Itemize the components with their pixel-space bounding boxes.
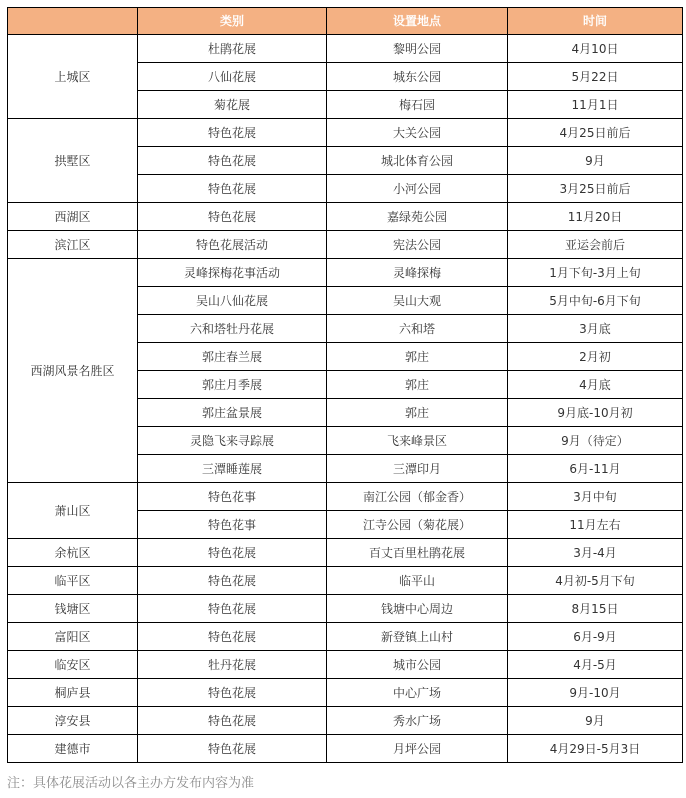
time-cell: 4月10日 xyxy=(508,35,683,63)
category-cell: 六和塔牡丹花展 xyxy=(138,315,327,343)
table-row: 淳安县特色花展秀水广场9月 xyxy=(8,707,683,735)
location-cell: 城东公园 xyxy=(327,63,508,91)
time-cell: 5月22日 xyxy=(508,63,683,91)
table-row: 桐庐县特色花展中心广场9月-10月 xyxy=(8,679,683,707)
district-cell: 滨江区 xyxy=(8,231,138,259)
location-cell: 灵峰探梅 xyxy=(327,259,508,287)
time-cell: 9月（待定） xyxy=(508,427,683,455)
time-cell: 6月-9月 xyxy=(508,623,683,651)
table-row: 建德市特色花展月坪公园4月29日-5月3日 xyxy=(8,735,683,763)
time-cell: 1月下旬-3月上旬 xyxy=(508,259,683,287)
category-cell: 特色花展 xyxy=(138,203,327,231)
time-cell: 9月底-10月初 xyxy=(508,399,683,427)
district-cell: 西湖风景名胜区 xyxy=(8,259,138,483)
location-cell: 秀水广场 xyxy=(327,707,508,735)
location-cell: 嘉绿苑公园 xyxy=(327,203,508,231)
location-cell: 新登镇上山村 xyxy=(327,623,508,651)
location-cell: 三潭印月 xyxy=(327,455,508,483)
district-cell: 淳安县 xyxy=(8,707,138,735)
category-cell: 特色花展 xyxy=(138,595,327,623)
district-cell: 余杭区 xyxy=(8,539,138,567)
table-row: 上城区杜鹃花展黎明公园4月10日 xyxy=(8,35,683,63)
category-cell: 郭庄月季展 xyxy=(138,371,327,399)
time-cell: 11月1日 xyxy=(508,91,683,119)
location-cell: 飞来峰景区 xyxy=(327,427,508,455)
category-cell: 八仙花展 xyxy=(138,63,327,91)
category-cell: 特色花展 xyxy=(138,735,327,763)
table-body: 上城区杜鹃花展黎明公园4月10日八仙花展城东公园5月22日菊花展梅石园11月1日… xyxy=(8,35,683,763)
category-cell: 特色花展 xyxy=(138,567,327,595)
location-cell: 中心广场 xyxy=(327,679,508,707)
table-row: 拱墅区特色花展大关公园4月25日前后 xyxy=(8,119,683,147)
location-cell: 城北体育公园 xyxy=(327,147,508,175)
category-cell: 菊花展 xyxy=(138,91,327,119)
time-cell: 6月-11月 xyxy=(508,455,683,483)
category-cell: 郭庄春兰展 xyxy=(138,343,327,371)
category-cell: 特色花展 xyxy=(138,175,327,203)
header-location: 设置地点 xyxy=(327,8,508,35)
table-row: 西湖风景名胜区灵峰探梅花事活动灵峰探梅1月下旬-3月上旬 xyxy=(8,259,683,287)
category-cell: 灵峰探梅花事活动 xyxy=(138,259,327,287)
time-cell: 5月中旬-6月下旬 xyxy=(508,287,683,315)
table-row: 西湖区特色花展嘉绿苑公园11月20日 xyxy=(8,203,683,231)
time-cell: 11月20日 xyxy=(508,203,683,231)
time-cell: 3月-4月 xyxy=(508,539,683,567)
location-cell: 城市公园 xyxy=(327,651,508,679)
time-cell: 4月29日-5月3日 xyxy=(508,735,683,763)
category-cell: 特色花展活动 xyxy=(138,231,327,259)
time-cell: 4月初-5月下旬 xyxy=(508,567,683,595)
location-cell: 宪法公园 xyxy=(327,231,508,259)
table-row: 临安区牡丹花展城市公园4月-5月 xyxy=(8,651,683,679)
location-cell: 郭庄 xyxy=(327,343,508,371)
category-cell: 特色花展 xyxy=(138,679,327,707)
location-cell: 月坪公园 xyxy=(327,735,508,763)
location-cell: 小河公园 xyxy=(327,175,508,203)
category-cell: 特色花展 xyxy=(138,539,327,567)
flower-show-schedule-table: 类别 设置地点 时间 上城区杜鹃花展黎明公园4月10日八仙花展城东公园5月22日… xyxy=(7,7,683,763)
district-cell: 临安区 xyxy=(8,651,138,679)
header-category: 类别 xyxy=(138,8,327,35)
location-cell: 郭庄 xyxy=(327,371,508,399)
time-cell: 9月 xyxy=(508,707,683,735)
district-cell: 萧山区 xyxy=(8,483,138,539)
time-cell: 8月15日 xyxy=(508,595,683,623)
table-row: 钱塘区特色花展钱塘中心周边8月15日 xyxy=(8,595,683,623)
category-cell: 三潭睡莲展 xyxy=(138,455,327,483)
location-cell: 钱塘中心周边 xyxy=(327,595,508,623)
category-cell: 特色花展 xyxy=(138,119,327,147)
location-cell: 临平山 xyxy=(327,567,508,595)
location-cell: 大关公园 xyxy=(327,119,508,147)
district-cell: 富阳区 xyxy=(8,623,138,651)
category-cell: 灵隐飞来寻踪展 xyxy=(138,427,327,455)
table-row: 滨江区特色花展活动宪法公园亚运会前后 xyxy=(8,231,683,259)
location-cell: 梅石园 xyxy=(327,91,508,119)
district-cell: 建德市 xyxy=(8,735,138,763)
district-cell: 上城区 xyxy=(8,35,138,119)
header-row: 类别 设置地点 时间 xyxy=(8,8,683,35)
category-cell: 特色花展 xyxy=(138,147,327,175)
time-cell: 9月 xyxy=(508,147,683,175)
district-cell: 西湖区 xyxy=(8,203,138,231)
category-cell: 特色花展 xyxy=(138,707,327,735)
category-cell: 特色花事 xyxy=(138,511,327,539)
category-cell: 郭庄盆景展 xyxy=(138,399,327,427)
time-cell: 11月左右 xyxy=(508,511,683,539)
header-district xyxy=(8,8,138,35)
category-cell: 牡丹花展 xyxy=(138,651,327,679)
location-cell: 南江公园（郁金香） xyxy=(327,483,508,511)
category-cell: 特色花事 xyxy=(138,483,327,511)
location-cell: 江寺公园（菊花展） xyxy=(327,511,508,539)
time-cell: 亚运会前后 xyxy=(508,231,683,259)
time-cell: 9月-10月 xyxy=(508,679,683,707)
location-cell: 郭庄 xyxy=(327,399,508,427)
time-cell: 3月中旬 xyxy=(508,483,683,511)
footnote: 注：具体花展活动以各主办方发布内容为准 xyxy=(7,776,254,792)
table-row: 临平区特色花展临平山4月初-5月下旬 xyxy=(8,567,683,595)
district-cell: 临平区 xyxy=(8,567,138,595)
district-cell: 拱墅区 xyxy=(8,119,138,203)
table-row: 富阳区特色花展新登镇上山村6月-9月 xyxy=(8,623,683,651)
time-cell: 3月25日前后 xyxy=(508,175,683,203)
table-header: 类别 设置地点 时间 xyxy=(8,8,683,35)
time-cell: 4月底 xyxy=(508,371,683,399)
location-cell: 百丈百里杜鹃花展 xyxy=(327,539,508,567)
category-cell: 特色花展 xyxy=(138,623,327,651)
time-cell: 4月-5月 xyxy=(508,651,683,679)
category-cell: 杜鹃花展 xyxy=(138,35,327,63)
time-cell: 2月初 xyxy=(508,343,683,371)
location-cell: 吴山大观 xyxy=(327,287,508,315)
location-cell: 黎明公园 xyxy=(327,35,508,63)
category-cell: 吴山八仙花展 xyxy=(138,287,327,315)
location-cell: 六和塔 xyxy=(327,315,508,343)
table-row: 余杭区特色花展百丈百里杜鹃花展3月-4月 xyxy=(8,539,683,567)
header-time: 时间 xyxy=(508,8,683,35)
time-cell: 3月底 xyxy=(508,315,683,343)
district-cell: 桐庐县 xyxy=(8,679,138,707)
time-cell: 4月25日前后 xyxy=(508,119,683,147)
district-cell: 钱塘区 xyxy=(8,595,138,623)
table-row: 萧山区特色花事南江公园（郁金香）3月中旬 xyxy=(8,483,683,511)
